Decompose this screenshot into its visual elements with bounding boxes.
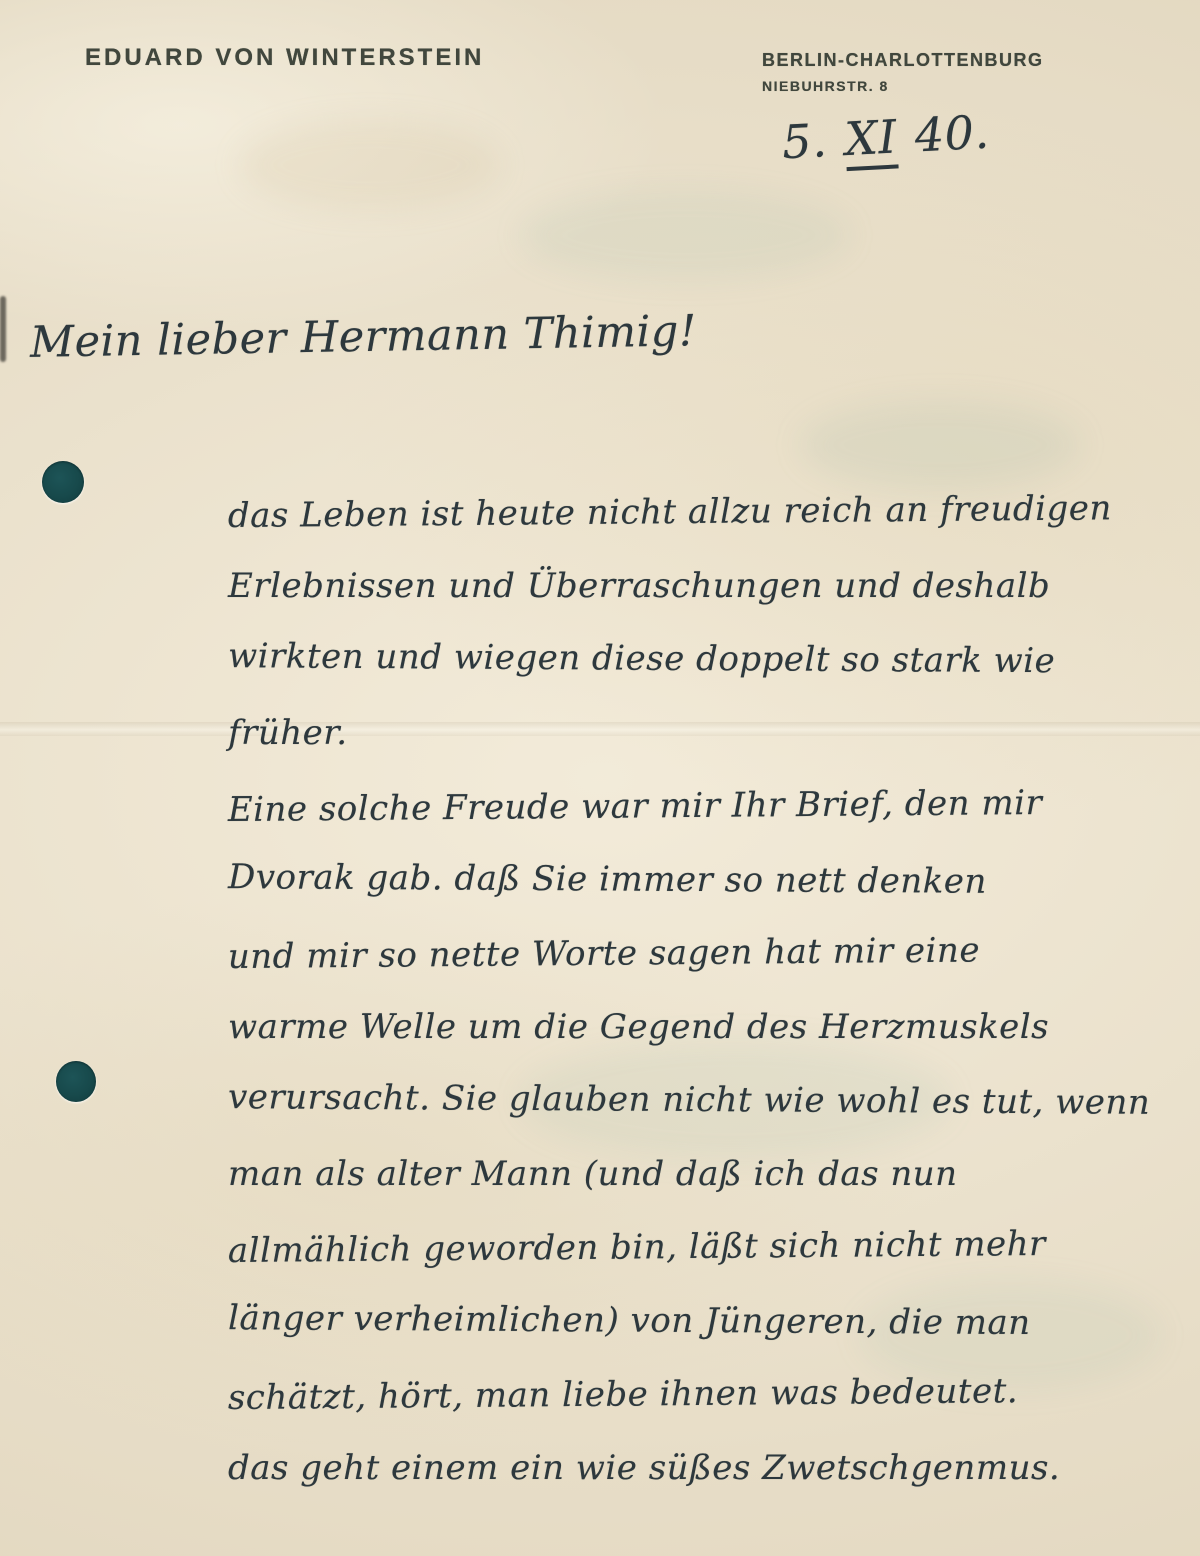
handwriting-line: früher. <box>228 713 1158 787</box>
letterhead-sender-name: EDUARD VON WINTERSTEIN <box>85 44 484 72</box>
punch-hole-bottom <box>56 1061 96 1102</box>
date-day: 5. <box>781 113 829 169</box>
letter-body: das Leben ist heute nicht allzu reich an… <box>228 492 1158 1521</box>
paper-stain <box>240 120 500 210</box>
letter-page: EDUARD VON WINTERSTEIN BERLIN-CHARLOTTEN… <box>0 0 1200 1556</box>
handwritten-date: 5.XI40. <box>781 105 991 170</box>
handwriting-line: das Leben ist heute nicht allzu reich an… <box>228 488 1159 570</box>
handwriting-line: verursacht. Sie glauben nicht wie wohl e… <box>228 1077 1158 1156</box>
salutation: Mein lieber Hermann Thimig! <box>30 306 697 368</box>
letterhead-address-block: BERLIN-CHARLOTTENBURG NIEBUHRSTR. 8 <box>762 50 1043 94</box>
handwriting-line: Dvorak gab. daß Sie immer so nett denken <box>228 857 1158 936</box>
handwriting-line: Erlebnissen und Überraschungen und desha… <box>228 566 1158 640</box>
handwriting-line: und mir so nette Worte sagen hat mir ein… <box>228 929 1159 1011</box>
handwriting-line: wirkten und wiegen diese doppelt so star… <box>228 636 1158 715</box>
letterhead-street: NIEBUHRSTR. 8 <box>762 78 1043 94</box>
paper-stain <box>800 400 1080 490</box>
handwriting-line: Eine solche Freude war mir Ihr Brief, de… <box>228 782 1159 864</box>
paper-stain <box>520 190 850 280</box>
handwriting-line: warme Welle um die Gegend des Herzmuskel… <box>228 1007 1158 1081</box>
letterhead-city: BERLIN-CHARLOTTENBURG <box>762 50 1043 71</box>
punch-hole-top <box>42 461 84 503</box>
handwriting-line: allmählich geworden bin, läßt sich nicht… <box>228 1223 1159 1305</box>
scan-edge-mark <box>0 296 6 362</box>
date-year: 40. <box>913 105 990 163</box>
handwriting-line: man als alter Mann (und daß ich das nun <box>228 1154 1158 1228</box>
handwriting-line: das geht einem ein wie süßes Zwetschgenm… <box>228 1448 1158 1522</box>
date-month: XI <box>844 109 899 171</box>
handwriting-line: schätzt, hört, man liebe ihnen was bedeu… <box>228 1370 1159 1452</box>
handwriting-line: länger verheimlichen) von Jüngeren, die … <box>228 1298 1158 1377</box>
